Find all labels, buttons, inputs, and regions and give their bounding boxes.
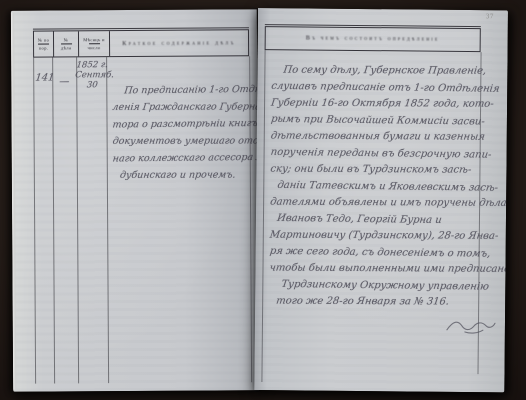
- photo-background: № по пор. № дѣла Мѣсяцъ и число Краткое …: [0, 0, 526, 400]
- header-divider-bar: [61, 43, 72, 44]
- handwritten-line: тора о разсмотрѣніи книгъ и: [112, 115, 254, 133]
- handwritten-line: ску; они были въ Турдзинскомъ засѣ-: [269, 162, 479, 180]
- column-header-case: № дѣла: [54, 31, 79, 56]
- handwritten-line: дѣтельствованныя бумаги и казенныя: [270, 129, 480, 147]
- handwritten-line: Мартиновичу (Турдзинскому), 28-го Янва-: [269, 228, 479, 246]
- column-header-case-top: №: [64, 37, 69, 42]
- entry-number: 141: [35, 73, 55, 84]
- table-rule-vertical: [261, 50, 265, 382]
- page-stack-edge: [11, 13, 17, 390]
- entry-date-day: 30: [75, 80, 110, 90]
- column-header-date-bottom: число: [88, 45, 101, 50]
- entry-date-month: Сентяб.: [75, 70, 110, 80]
- left-table-header: № по пор. № дѣла Мѣсяцъ и число Краткое …: [33, 29, 249, 57]
- table-rule-vertical: [106, 57, 109, 383]
- handwritten-line: Турдзинскому Окружному управленію: [268, 276, 478, 295]
- column-header-case-bottom: дѣла: [61, 45, 71, 50]
- handwritten-line: Ивановъ Тедо, Георгій Бурна и: [269, 210, 479, 229]
- handwritten-line: наго коллежскаго ассесора Лео-: [112, 149, 254, 167]
- left-entry-text: По предписанію 1-го Отдѣ- ленія Гражданс…: [112, 81, 253, 184]
- header-divider-bar: [38, 44, 49, 45]
- left-main-column-header: Краткое содержаніе дѣлъ: [110, 30, 248, 56]
- handwritten-line: того же 28-го Января за № 316.: [268, 294, 478, 312]
- handwritten-line: дубинскаго и прочемъ.: [112, 167, 254, 184]
- entry-case-number: —: [59, 76, 70, 87]
- handwritten-line: ря же сего года, съ донесеніемъ о томъ,: [269, 243, 479, 262]
- right-page: 37 Въ чемъ состоитъ опредѣленіе По сему …: [254, 8, 508, 392]
- handwritten-line: дателями объявлены и имъ поручены дѣла;: [269, 195, 479, 213]
- handwritten-line: По сему дѣлу, Губернское Правленіе,: [270, 63, 480, 81]
- column-header-number: № по пор.: [34, 31, 54, 56]
- entry-date: 1852 г. Сентяб. 30: [75, 60, 109, 90]
- table-rule-vertical: [52, 57, 55, 383]
- right-entry-text: По сему дѣлу, Губернское Правленіе, слуш…: [269, 62, 479, 311]
- header-divider-bar: [89, 43, 100, 44]
- handwritten-line: чтобы были выполненными ими предписано: [268, 261, 478, 279]
- handwritten-line: документовъ умершаго отстав-: [112, 133, 254, 150]
- handwritten-line: порученія переданы въ безсрочную запи-: [270, 144, 480, 163]
- handwritten-line: Губерніи 16-го Октября 1852 года, кото-: [270, 96, 480, 114]
- left-page: № по пор. № дѣла Мѣсяцъ и число Краткое …: [11, 9, 259, 391]
- handwritten-line: По предписанію 1-го Отдѣ-: [111, 81, 253, 99]
- handwritten-line: ленія Гражданскаго Губерна-: [111, 99, 253, 116]
- right-main-column-header: Въ чемъ состоитъ опредѣленіе: [306, 35, 440, 42]
- table-rule-vertical: [76, 57, 79, 383]
- signature-flourish-icon: [445, 318, 497, 336]
- column-header-number-top: № по: [38, 38, 50, 43]
- column-header-date-top: Мѣсяцъ и: [83, 37, 105, 42]
- right-table-header: Въ чемъ состоитъ опредѣленіе: [265, 26, 481, 52]
- handwritten-line: рымъ при Высочайшей Коммисіи засви-: [270, 111, 480, 130]
- entry-date-year: 1852 г.: [75, 60, 110, 70]
- folio-number: 37: [486, 12, 494, 20]
- table-rule-vertical: [33, 58, 36, 384]
- handwritten-line: слушавъ предписаніе отъ 1-го Отдѣленія: [270, 78, 480, 97]
- handwritten-line: даніи Татевскимъ и Яковлевскимъ засѣ-: [269, 177, 479, 196]
- column-header-date: Мѣсяцъ и число: [79, 31, 110, 56]
- column-header-number-bottom: пор.: [39, 46, 48, 51]
